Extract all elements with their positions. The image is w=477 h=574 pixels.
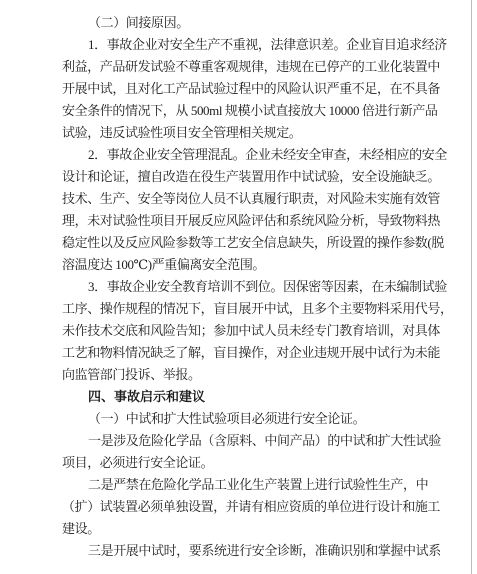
document-line: 一是涉及危险化学品（含原料、中间产品）的中试和扩大性试验	[62, 430, 444, 452]
document-line: 技术、生产、安全等岗位人员不认真履行职责，对风险未实施有效管	[62, 188, 444, 210]
document-page: （二）间接原因。1．事故企业对安全生产不重视，法律意识差。企业盲目追求经济利益，…	[0, 0, 477, 574]
document-text-block: （二）间接原因。1．事故企业对安全生产不重视，法律意识差。企业盲目追求经济利益，…	[62, 12, 444, 562]
document-line: 试验，违反试验性项目安全管理相关规定。	[62, 122, 444, 144]
document-line: 3．事故企业安全教育培训不到位。因保密等因素，在未编制试验	[62, 276, 444, 298]
document-line: 理，未对试验性项目开展反应风险评估和系统风险分析，导致物料热	[62, 210, 444, 232]
document-line: 2．事故企业安全管理混乱。企业未经安全审查，未经相应的安全	[62, 144, 444, 166]
section-heading: 四、事故启示和建议	[62, 386, 444, 408]
document-line: 1．事故企业对安全生产不重视，法律意识差。企业盲目追求经济	[62, 34, 444, 56]
document-line: 开展中试，且对化工产品试验过程中的风险认识严重不足，在不具备	[62, 78, 444, 100]
document-line: 未作技术交底和风险告知；参加中试人员未经专门教育培训，对具体	[62, 320, 444, 342]
document-line: （二）间接原因。	[62, 12, 444, 34]
document-line: 二是严禁在危险化学品工业化生产装置上进行试验性生产，中	[62, 474, 444, 496]
document-line: （一）中试和扩大性试验项目必须进行安全论证。	[62, 408, 444, 430]
document-line: 向监管部门投诉、举报。	[62, 364, 444, 386]
document-line: 利益，产品研发试验不尊重客观规律，违规在已停产的工业化装置中	[62, 56, 444, 78]
document-line: （扩）试装置必须单独设置，并请有相应资质的单位进行设计和施工	[62, 496, 444, 518]
document-line: 三是开展中试时，要系统进行安全诊断，准确识别和掌握中试系	[62, 540, 444, 562]
document-line: 设计和论证，擅自改造在役生产装置用作中试试验，安全设施缺乏。	[62, 166, 444, 188]
document-line: 安全条件的情况下，从 500ml 规模小试直接放大 10000 倍进行新产品	[62, 100, 444, 122]
document-line: 项目，必须进行安全论证。	[62, 452, 444, 474]
document-line: 工艺和物料情况缺乏了解，盲目操作，对企业违规开展中试行为未能	[62, 342, 444, 364]
document-line: 溶温度达 100℃)严重偏离安全范围。	[62, 254, 444, 276]
document-line: 建设。	[62, 518, 444, 540]
document-line: 工序、操作规程的情况下，盲目展开中试，且多个主要物料采用代号，	[62, 298, 444, 320]
page-edge-line	[471, 0, 472, 574]
document-line: 稳定性以及反应风险参数等工艺安全信息缺失，所设置的操作参数(脱	[62, 232, 444, 254]
